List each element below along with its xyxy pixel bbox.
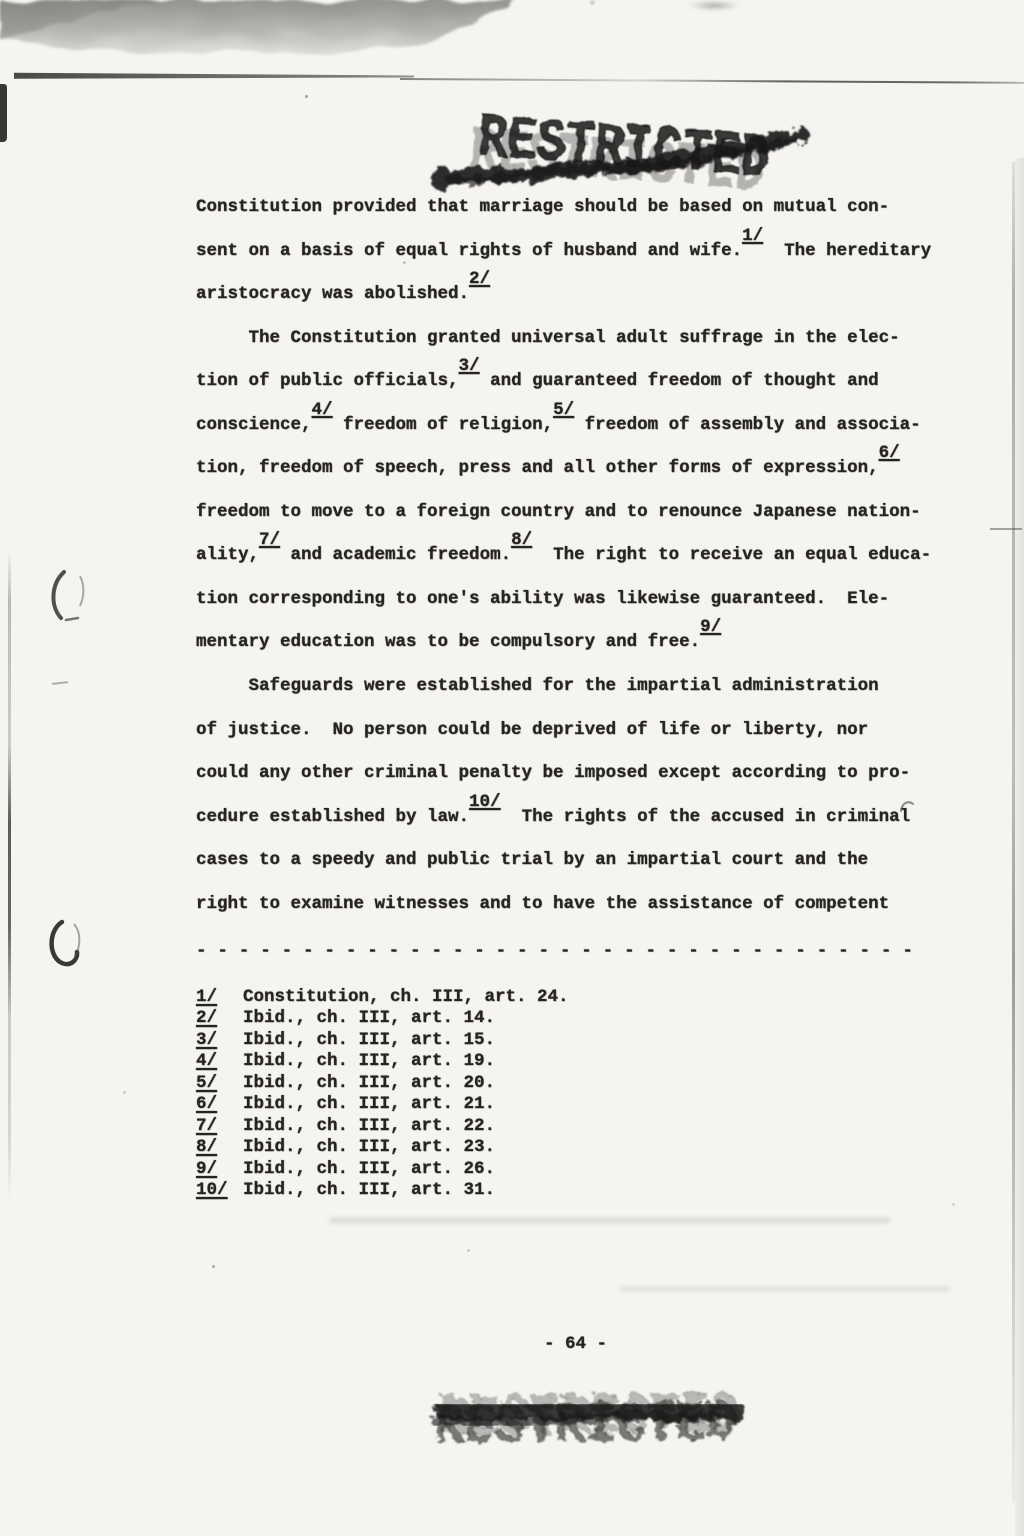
body-line: ality,7/ and academic freedom.8/ The rig… xyxy=(196,534,956,578)
body-line-text: conscience, xyxy=(196,415,312,435)
footnote-text: Ibid., ch. III, art. 22. xyxy=(243,1116,495,1137)
footnote-marker: 7/ xyxy=(196,1116,217,1137)
body-text: Constitution provided that marriage shou… xyxy=(196,186,956,926)
footnote-marker: 6/ xyxy=(196,1094,217,1115)
scan-artifact-top-line-thick xyxy=(14,72,414,79)
body-line-text: The hereditary xyxy=(763,241,931,261)
scan-artifact-top-band xyxy=(0,0,680,90)
footnote-ref-marker: 3/ xyxy=(459,345,480,389)
body-line: Safeguards were established for the impa… xyxy=(196,665,956,709)
body-line-text: freedom to move to a foreign country and… xyxy=(196,502,921,522)
margin-paren-mark-upper xyxy=(44,566,92,624)
body-line-text: right to examine witnesses and to have t… xyxy=(196,894,889,914)
footnote-text: Ibid., ch. III, art. 15. xyxy=(243,1030,495,1051)
scan-artifact-left-edge-blob xyxy=(0,84,7,142)
body-line-text: aristocracy was abolished. xyxy=(196,284,469,304)
body-line: right to examine witnesses and to have t… xyxy=(196,883,956,927)
footnote-text: Ibid., ch. III, art. 19. xyxy=(243,1051,495,1072)
body-line-text: The Constitution granted universal adult… xyxy=(249,328,900,348)
footnote-row: 4/Ibid., ch. III, art. 19. xyxy=(196,1051,756,1072)
scan-artifact-right-edge-strip xyxy=(1015,158,1024,1536)
body-line-text: of justice. No person could be deprived … xyxy=(196,720,868,740)
scan-artifact-ghost-streak xyxy=(330,1218,890,1223)
body-line-text: cases to a speedy and public trial by an… xyxy=(196,850,868,870)
footnote-row: 9/Ibid., ch. III, art. 26. xyxy=(196,1159,756,1180)
footnote-marker: 8/ xyxy=(196,1137,217,1158)
body-line: aristocracy was abolished.2/ xyxy=(196,273,956,317)
document-page: RESTRICTED RESTRICTED Constitution provi… xyxy=(0,0,1024,1536)
body-line-text: could any other criminal penalty be impo… xyxy=(196,763,910,783)
body-line-text: tion, freedom of speech, press and all o… xyxy=(196,458,879,478)
footnote-text: Ibid., ch. III, art. 23. xyxy=(243,1137,495,1158)
body-line: The Constitution granted universal adult… xyxy=(196,317,956,361)
footnote-marker: 4/ xyxy=(196,1051,217,1072)
dashed-separator: - - - - - - - - - - - - - - - - - - - - … xyxy=(196,941,913,961)
body-line: could any other criminal penalty be impo… xyxy=(196,752,956,796)
margin-pencil-dash xyxy=(52,681,68,685)
body-line-text: and academic freedom. xyxy=(280,545,511,565)
margin-circle-mark-lower xyxy=(44,916,90,972)
body-line: tion corresponding to one's ability was … xyxy=(196,578,956,622)
footnote-ref-marker: 6/ xyxy=(879,432,900,476)
footnote-row: 8/Ibid., ch. III, art. 23. xyxy=(196,1137,756,1158)
footnote-marker: 5/ xyxy=(196,1073,217,1094)
body-line-text: The right to receive an equal educa- xyxy=(532,545,931,565)
footnote-ref-marker: 8/ xyxy=(511,519,532,563)
body-line: cedure established by law.10/ The rights… xyxy=(196,796,956,840)
body-line: cases to a speedy and public trial by an… xyxy=(196,839,956,883)
scan-artifact-specks xyxy=(0,0,1,1)
footnote-text: Ibid., ch. III, art. 31. xyxy=(243,1180,495,1201)
body-line-text: The rights of the accused in criminal xyxy=(501,807,911,827)
footnote-row: 3/Ibid., ch. III, art. 15. xyxy=(196,1030,756,1051)
body-line: Constitution provided that marriage shou… xyxy=(196,186,956,230)
restricted-stamp-bottom: RESTRICTED RESTRICTED xyxy=(420,1370,754,1468)
body-line-text: ality, xyxy=(196,545,259,565)
scan-artifact-top-line-thin xyxy=(400,78,1024,84)
footnote-ref-marker: 1/ xyxy=(742,215,763,259)
footnote-row: 6/Ibid., ch. III, art. 21. xyxy=(196,1094,756,1115)
body-line: conscience,4/ freedom of religion,5/ fre… xyxy=(196,404,956,448)
footnote-text: Ibid., ch. III, art. 21. xyxy=(243,1094,495,1115)
scan-artifact-ghost-streak xyxy=(620,1287,950,1291)
body-line-text: mentary education was to be compulsory a… xyxy=(196,632,700,652)
footnote-marker: 3/ xyxy=(196,1030,217,1051)
body-line-text: tion corresponding to one's ability was … xyxy=(196,589,889,609)
body-line-text: cedure established by law. xyxy=(196,807,469,827)
footnote-row: 10/Ibid., ch. III, art. 31. xyxy=(196,1180,756,1201)
scan-artifact-right-vertical-line xyxy=(1012,162,1015,1502)
page-number: - 64 - xyxy=(544,1334,607,1354)
body-line-text: Constitution provided that marriage shou… xyxy=(196,197,889,217)
footnote-ref-marker: 10/ xyxy=(469,781,501,825)
footnote-marker: 2/ xyxy=(196,1008,217,1029)
body-line: of justice. No person could be deprived … xyxy=(196,709,956,753)
footnote-row: 5/Ibid., ch. III, art. 20. xyxy=(196,1073,756,1094)
body-line-text: freedom of assembly and associa- xyxy=(574,415,921,435)
footnote-row: 1/Constitution, ch. III, art. 24. xyxy=(196,987,756,1008)
footnote-text: Ibid., ch. III, art. 14. xyxy=(243,1008,495,1029)
body-line: tion of public officials,3/ and guarante… xyxy=(196,360,956,404)
footnote-ref-marker: 2/ xyxy=(469,258,490,302)
footnote-text: Ibid., ch. III, art. 26. xyxy=(243,1159,495,1180)
body-line: mentary education was to be compulsory a… xyxy=(196,621,956,665)
body-line: freedom to move to a foreign country and… xyxy=(196,491,956,535)
body-line-text: Safeguards were established for the impa… xyxy=(249,676,879,696)
footnote-text: Ibid., ch. III, art. 20. xyxy=(243,1073,495,1094)
footnote-ref-marker: 4/ xyxy=(312,389,333,433)
footnote-ref-marker: 7/ xyxy=(259,519,280,563)
footnote-text: Constitution, ch. III, art. 24. xyxy=(243,987,569,1008)
body-line: tion, freedom of speech, press and all o… xyxy=(196,447,956,491)
footnote-marker: 10/ xyxy=(196,1180,228,1201)
scan-artifact-top-smudge xyxy=(688,0,740,11)
scan-artifact-left-vertical-line xyxy=(8,550,11,1200)
scan-artifact-right-tick xyxy=(990,528,1022,530)
footnote-marker: 9/ xyxy=(196,1159,217,1180)
footnote-marker: 1/ xyxy=(196,987,217,1008)
body-line-text: freedom of religion, xyxy=(333,415,554,435)
footnote-ref-marker: 5/ xyxy=(553,389,574,433)
body-line-text: and guaranteed freedom of thought and xyxy=(480,371,879,391)
footnote-ref-marker: 9/ xyxy=(700,606,721,650)
stamp-strikethrough-scribble xyxy=(435,1408,736,1422)
body-line: sent on a basis of equal rights of husba… xyxy=(196,230,956,274)
footnotes: 1/Constitution, ch. III, art. 24.2/Ibid.… xyxy=(196,987,756,1201)
footnote-row: 2/Ibid., ch. III, art. 14. xyxy=(196,1008,756,1029)
footnote-row: 7/Ibid., ch. III, art. 22. xyxy=(196,1116,756,1137)
